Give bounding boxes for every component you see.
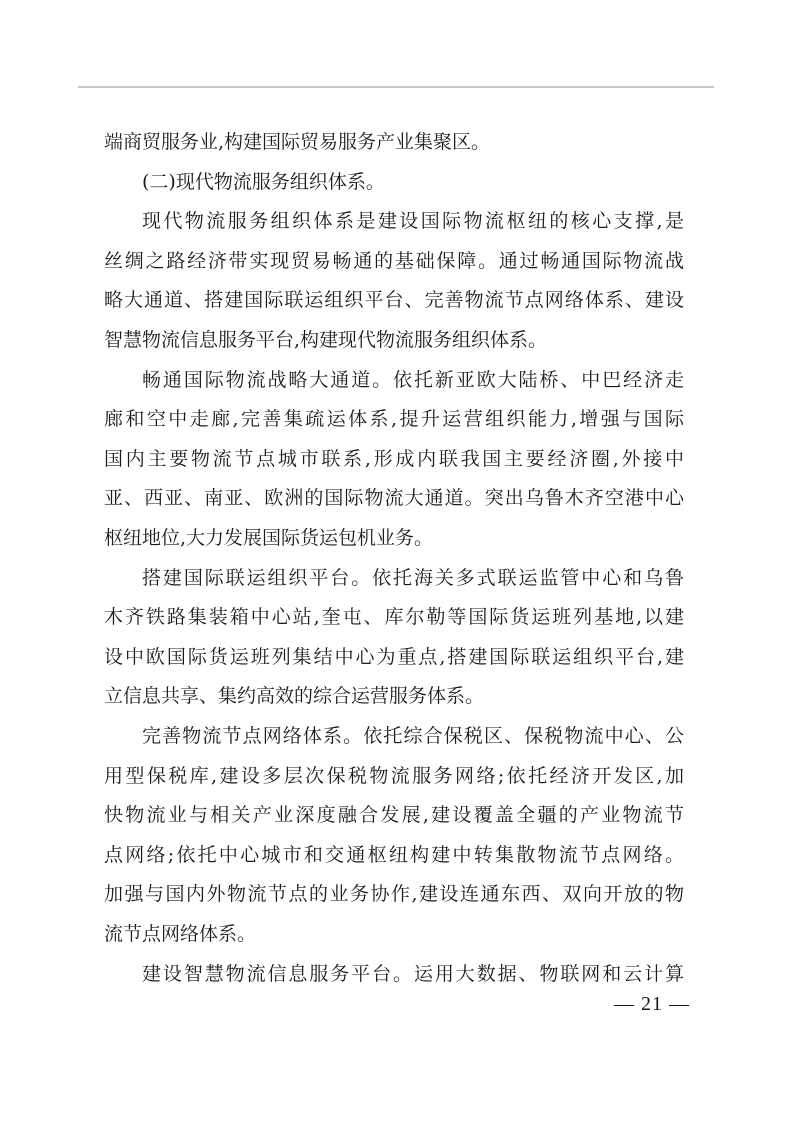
text-line: 畅通国际物流战略大通道。依托新亚欧大陆桥、中巴经济走 <box>142 368 684 392</box>
text-line: 建设智慧物流信息服务平台。运用大数据、物联网和云计算 <box>142 962 684 986</box>
text-line: 略大通道、搭建国际联运组织平台、完善物流节点网络体系、建设 <box>104 288 684 312</box>
text-line: 端商贸服务业,构建国际贸易服务产业集聚区。 <box>104 130 684 154</box>
text-line: 用型保税库,建设多层次保税物流服务网络;依托经济开发区,加 <box>104 764 684 788</box>
text-line: 点网络;依托中心城市和交通枢纽构建中转集散物流节点网络。 <box>104 843 684 867</box>
page-number: — 21 — <box>612 992 692 1016</box>
header-rule <box>78 86 714 88</box>
text-line: 木齐铁路集装箱中心站,奎屯、库尔勒等国际货运班列基地,以建 <box>104 605 684 629</box>
text-line: 立信息共享、集约高效的综合运营服务体系。 <box>104 684 684 708</box>
text-line: 完善物流节点网络体系。依托综合保税区、保税物流中心、公 <box>142 724 684 748</box>
text-line: 廊和空中走廊,完善集疏运体系,提升运营组织能力,增强与国际 <box>104 407 684 431</box>
text-line: 现代物流服务组织体系是建设国际物流枢纽的核心支撑,是 <box>142 209 684 233</box>
text-line: 加强与国内外物流节点的业务协作,建设连通东西、双向开放的物 <box>104 882 684 906</box>
text-line: 枢纽地位,大力发展国际货运包机业务。 <box>104 526 684 550</box>
text-line: 丝绸之路经济带实现贸易畅通的基础保障。通过畅通国际物流战 <box>104 249 684 273</box>
text-line: 国内主要物流节点城市联系,形成内联我国主要经济圈,外接中 <box>104 447 684 471</box>
section-heading: (二)现代物流服务组织体系。 <box>142 170 684 194</box>
text-line: 亚、西亚、南亚、欧洲的国际物流大通道。突出乌鲁木齐空港中心 <box>104 486 684 510</box>
text-line: 搭建国际联运组织平台。依托海关多式联运监管中心和乌鲁 <box>142 566 684 590</box>
text-line: 设中欧国际货运班列集结中心为重点,搭建国际联运组织平台,建 <box>104 645 684 669</box>
text-line: 智慧物流信息服务平台,构建现代物流服务组织体系。 <box>104 328 684 352</box>
text-line: 流节点网络体系。 <box>104 922 684 946</box>
text-line: 快物流业与相关产业深度融合发展,建设覆盖全疆的产业物流节 <box>104 803 684 827</box>
